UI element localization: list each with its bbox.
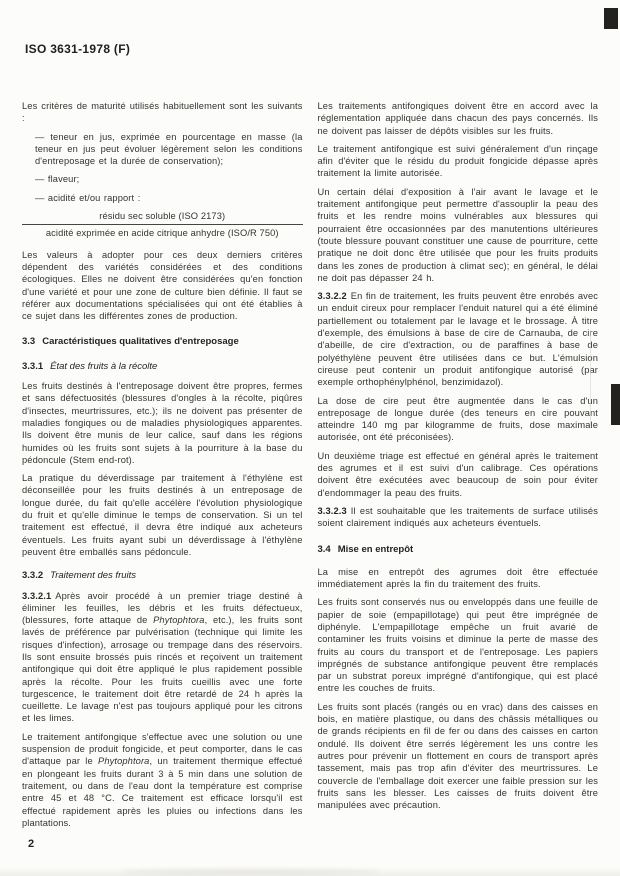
paragraph-text: , un traitement thermique effectué en pl… [22, 756, 303, 827]
scan-artifact-mid-right [611, 384, 620, 425]
left-column: Les critères de maturité utilisés habitu… [22, 100, 303, 835]
paragraph-delai-exposition: Un certain délai d'exposition à l'air av… [318, 186, 599, 284]
heading-3-3-1: 3.3.1État des fruits à la récolte [22, 361, 303, 373]
paragraph-text: En fin de traitement, les fruits peuvent… [318, 291, 599, 387]
section-number: 3.3.2 [22, 570, 43, 581]
paragraph-traitement-antifongique: Le traitement antifongique s'effectue av… [22, 731, 303, 829]
heading-title: État des fruits à la récolte [50, 361, 157, 372]
paragraph-dose-cire: La dose de cire peut être augmentée dans… [318, 395, 599, 444]
fraction-bar [22, 224, 303, 225]
heading-title: Caractéristiques qualitatives d'entrepos… [42, 336, 239, 347]
paragraph-reglementation: Les traitements antifongiques doivent êt… [318, 100, 599, 137]
heading-3-4: 3.4Mise en entrepôt [318, 544, 599, 556]
bullet-teneur-en-jus: — teneur en jus, exprimée en pourcentage… [35, 131, 303, 168]
paragraph-etat-fruits: Les fruits destinés à l'entreposage doiv… [22, 380, 303, 466]
paragraph-deverdissage: La pratique du déverdissage par traiteme… [22, 472, 303, 558]
heading-title: Traitement des fruits [50, 570, 136, 581]
species-name: Phytophtora [98, 756, 149, 766]
bullet-flaveur: — flaveur; [35, 173, 303, 185]
paragraph-rincage: Le traitement antifongique est suivi gén… [318, 143, 599, 180]
two-column-body: Les critères de maturité utilisés habitu… [22, 100, 598, 835]
paragraph-deuxieme-triage: Un deuxième triage est effectué en génér… [318, 450, 599, 499]
scan-edge-line [590, 330, 591, 426]
paragraph-3-3-2-3: 3.3.2.3Il est souhaitable que les traite… [318, 505, 599, 530]
paragraph-3-3-2-1: 3.3.2.1Après avoir procédé à un premier … [22, 590, 303, 725]
document-reference: ISO 3631-1978 (F) [25, 42, 130, 56]
ratio-denominator: acidité exprimée en acide citrique anhyd… [22, 227, 303, 239]
section-number: 3.4 [318, 544, 331, 555]
heading-title: Mise en entrepôt [338, 544, 414, 555]
section-number: 3.3 [22, 336, 35, 347]
bullet-acidite: — acidité et/ou rapport : [35, 192, 303, 204]
scan-artifact-top-right [604, 8, 618, 29]
section-number: 3.3.2.2 [318, 291, 347, 301]
document-page: ISO 3631-1978 (F) Les critères de maturi… [0, 0, 620, 876]
paragraph-3-3-2-2: 3.3.2.2En fin de traitement, les fruits … [318, 290, 599, 388]
heading-3-3: 3.3Caractéristiques qualitatives d'entre… [22, 336, 303, 348]
scan-bottom-shadow [0, 867, 620, 876]
section-number: 3.3.2.1 [22, 591, 51, 601]
paragraph-conservation: Les fruits sont conservés nus ou envelop… [318, 596, 599, 694]
section-number: 3.3.1 [22, 361, 43, 372]
heading-3-3-2: 3.3.2Traitement des fruits [22, 570, 303, 582]
paragraph-maturity-intro: Les critères de maturité utilisés habitu… [22, 100, 303, 125]
species-name: Phytophtora [153, 615, 204, 625]
paragraph-mise-en-entrepot: La mise en entrepôt des agrumes doit êtr… [318, 566, 599, 591]
paragraph-valeurs: Les valeurs à adopter pour ces deux dern… [22, 249, 303, 323]
section-number: 3.3.2.3 [318, 506, 347, 516]
paragraph-text: Il est souhaitable que les traitements d… [318, 506, 599, 528]
ratio-formula: résidu sec soluble (ISO 2173) acidité ex… [22, 210, 303, 240]
right-column: Les traitements antifongiques doivent êt… [318, 100, 599, 835]
ratio-numerator: résidu sec soluble (ISO 2173) [22, 210, 303, 222]
paragraph-caisses: Les fruits sont placés (rangés ou en vra… [318, 701, 599, 812]
paragraph-text: , etc.), les fruits sont lavés de préfér… [22, 615, 303, 723]
page-number: 2 [28, 838, 34, 850]
